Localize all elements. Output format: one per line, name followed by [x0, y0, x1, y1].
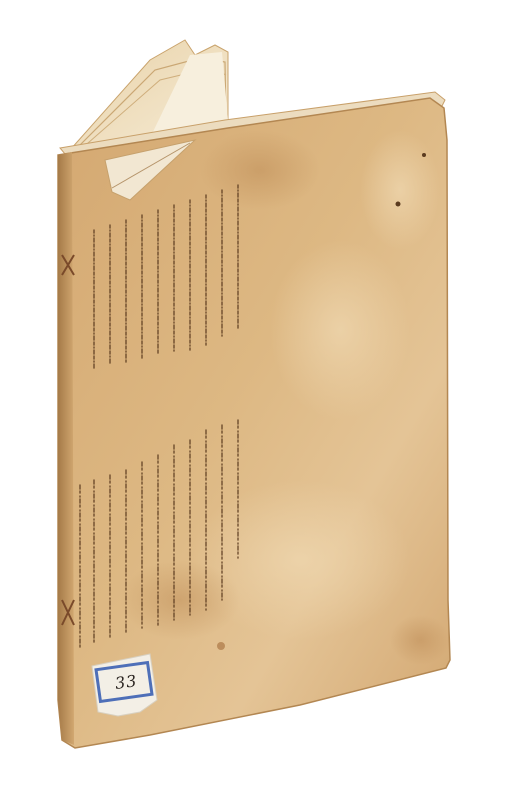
spine	[58, 152, 74, 745]
book-illustration	[0, 0, 530, 800]
shelf-label-number: 33	[114, 670, 146, 694]
manuscript-photo: 33	[0, 0, 530, 800]
